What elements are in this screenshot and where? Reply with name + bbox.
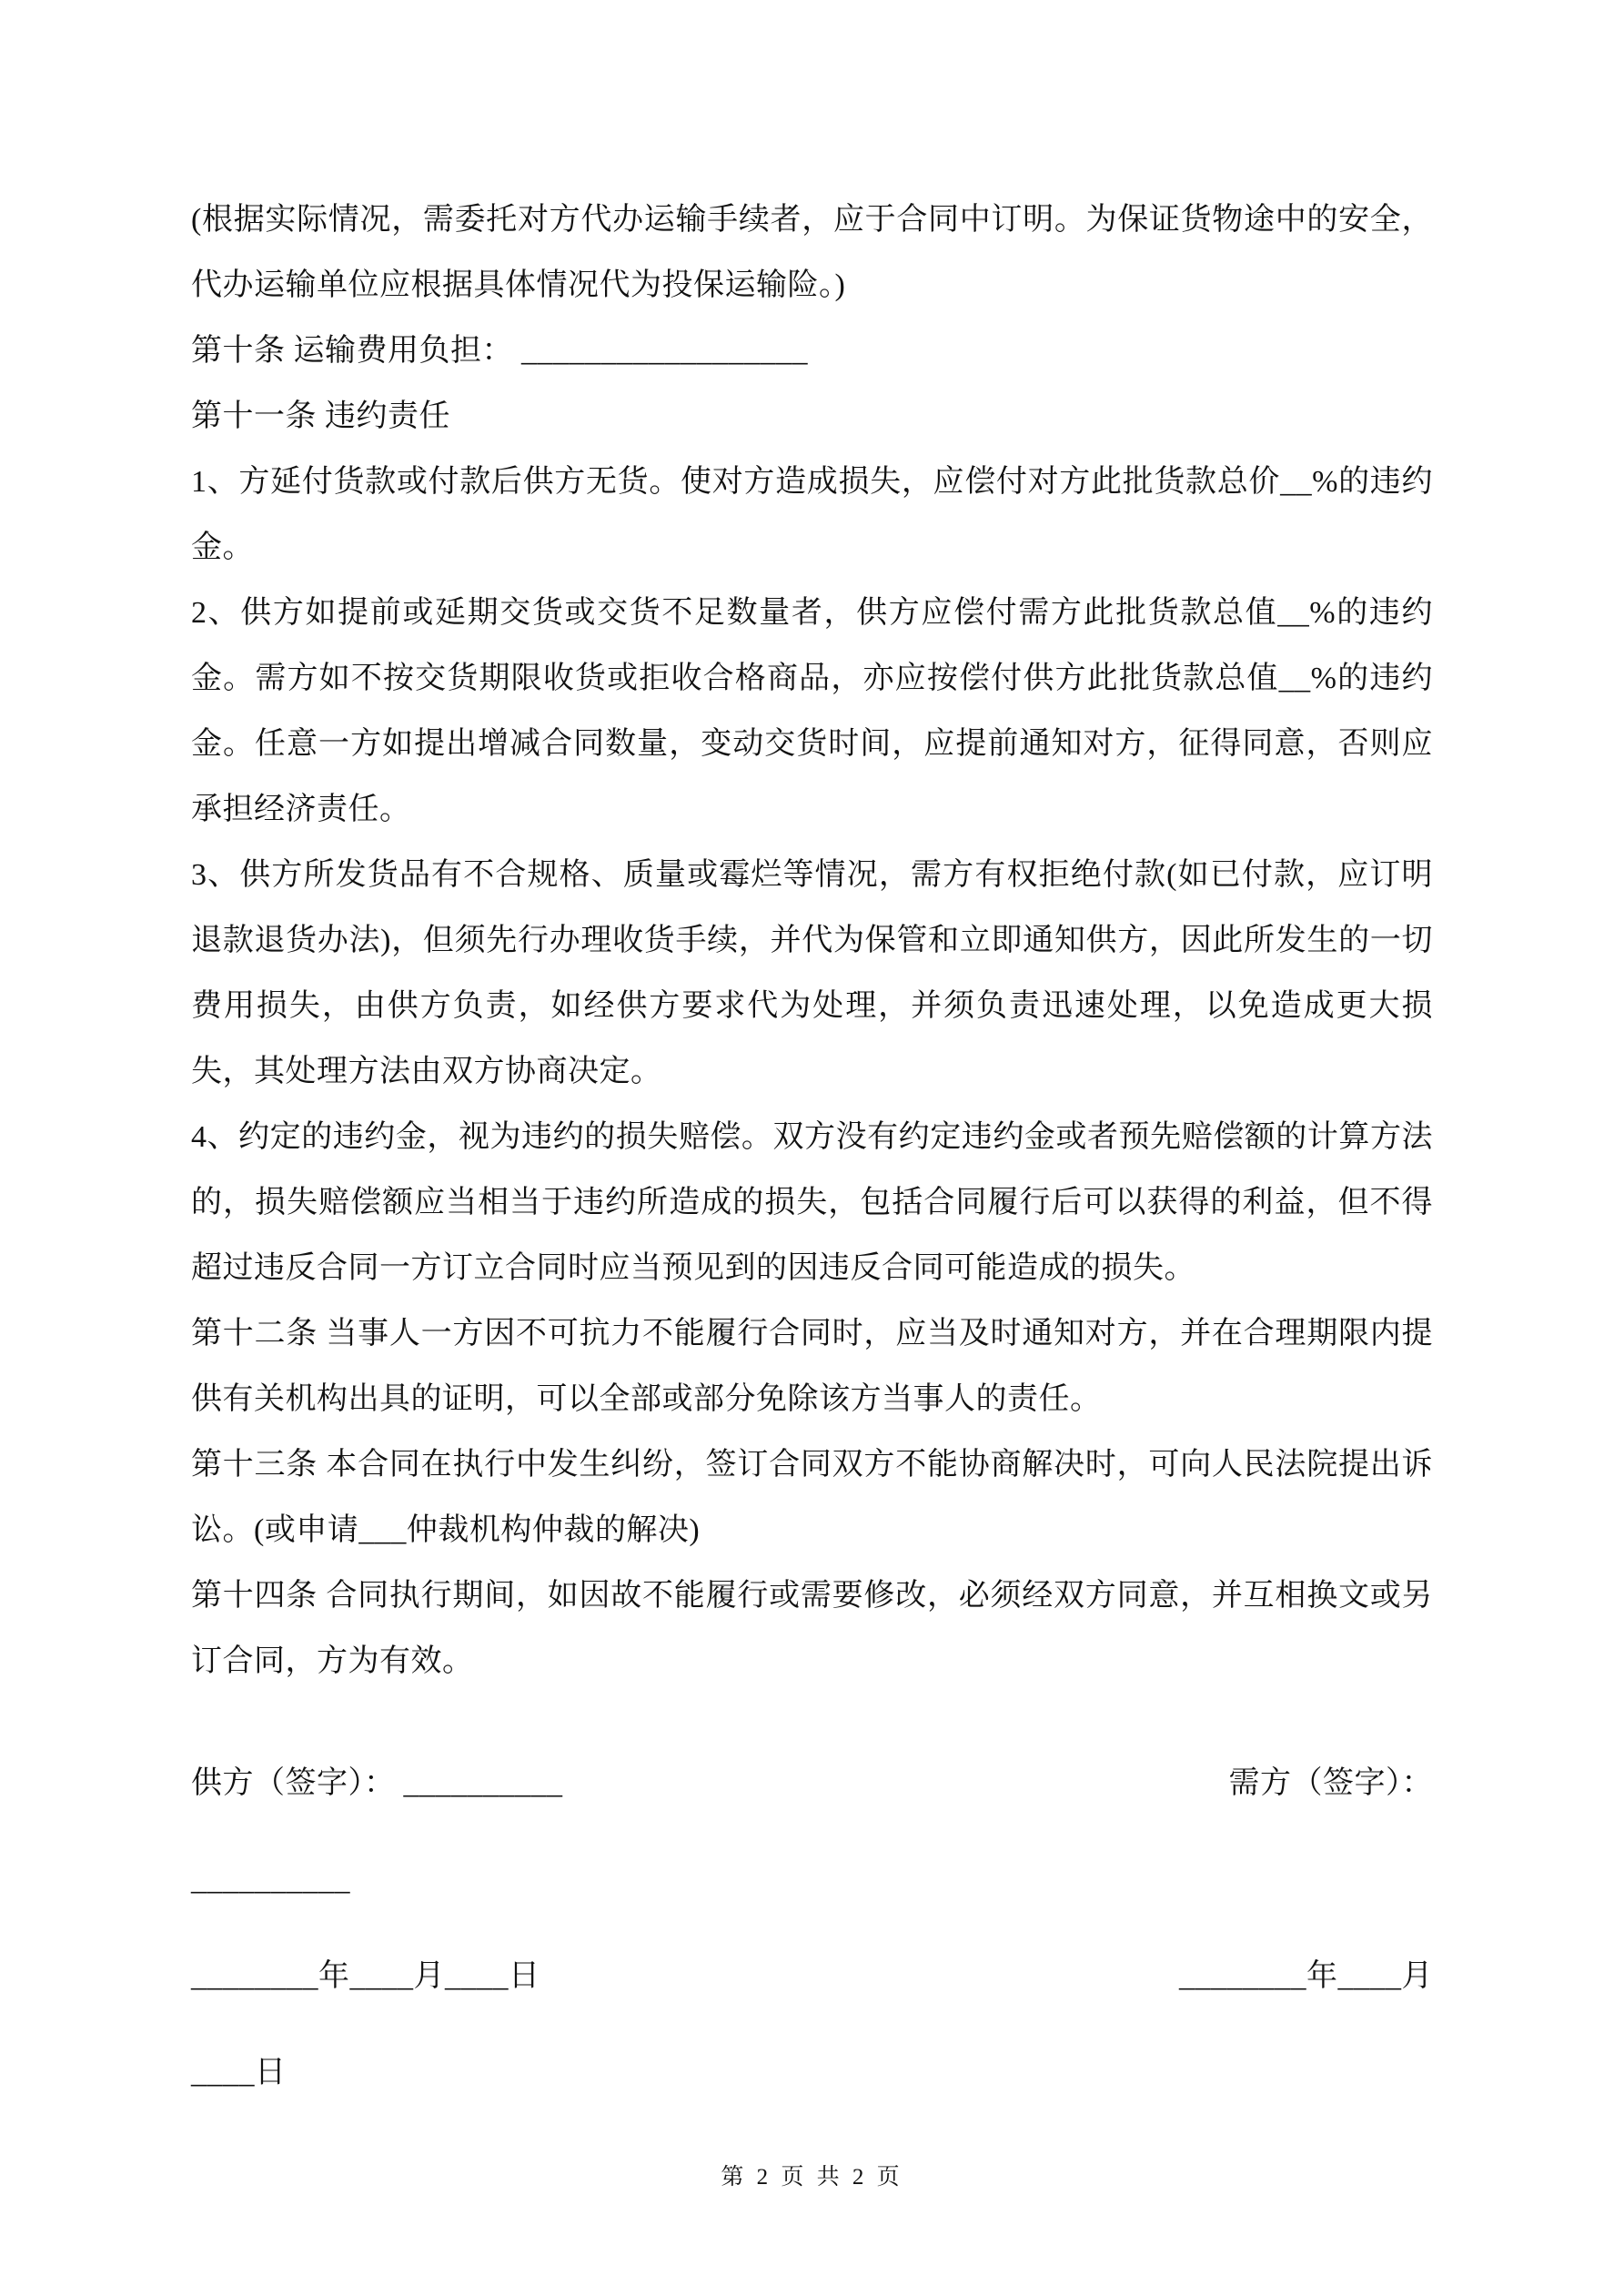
clause-11-item-1: 1、方延付货款或付款后供方无货。使对方造成损失，应偿付对方此批货款总价__%的违… <box>191 450 1433 581</box>
demander-signature-label: 需方（签字）： <box>1229 1751 1434 1816</box>
clause-transport-note: (根据实际情况，需委托对方代办运输手续者，应于合同中订明。为保证货物途中的安全，… <box>191 187 1433 319</box>
clause-14-modification: 第十四条 合同执行期间，如因故不能履行或需要修改，必须经双方同意，并互相换文或另… <box>191 1563 1433 1694</box>
signature-block: 供方（签字）： __________ 需方（签字）： __________ __… <box>191 1751 1433 2106</box>
document-page: (根据实际情况，需委托对方代办运输手续者，应于合同中订明。为保证货物途中的安全，… <box>0 0 1624 2296</box>
signature-row-blank: __________ <box>191 1847 1433 1913</box>
clause-13-dispute-resolution: 第十三条 本合同在执行中发生纠纷，签订合同双方不能协商解决时，可向人民法院提出诉… <box>191 1432 1433 1563</box>
signature-row-date-day: ____日 <box>191 2040 1433 2106</box>
clause-11-item-2: 2、供方如提前或延期交货或交货不足数量者，供方应偿付需方此批货款总值__%的违约… <box>191 581 1433 843</box>
clause-10-transport-cost: 第十条 运输费用负担： __________________ <box>191 319 1433 384</box>
contract-body: (根据实际情况，需委托对方代办运输手续者，应于合同中订明。为保证货物途中的安全，… <box>191 187 1433 2106</box>
clause-11-breach-liability-heading: 第十一条 违约责任 <box>191 384 1433 450</box>
clause-12-force-majeure: 第十二条 当事人一方因不可抗力不能履行合同时，应当及时通知对方，并在合理期限内提… <box>191 1301 1433 1432</box>
clause-11-item-3: 3、供方所发货品有不合规格、质量或霉烂等情况，需方有权拒绝付款(如已付款，应订明… <box>191 843 1433 1105</box>
supplier-date-line: ________年____月____日 <box>191 1944 540 2009</box>
page-number-footer: 第 2 页 共 2 页 <box>0 2159 1624 2191</box>
supplier-signature-line: 供方（签字）： __________ <box>191 1751 563 1816</box>
demander-date-line: ________年____月 <box>1179 1944 1433 2009</box>
clause-11-item-4: 4、约定的违约金，视为违约的损失赔偿。双方没有约定违约金或者预先赔偿额的计算方法… <box>191 1105 1433 1301</box>
signature-row-labels: 供方（签字）： __________ 需方（签字）： <box>191 1751 1433 1816</box>
signature-row-dates: ________年____月____日 ________年____月 <box>191 1944 1433 2009</box>
demander-signature-blank-line: __________ <box>191 1847 350 1913</box>
demander-date-day-line: ____日 <box>191 2040 287 2106</box>
